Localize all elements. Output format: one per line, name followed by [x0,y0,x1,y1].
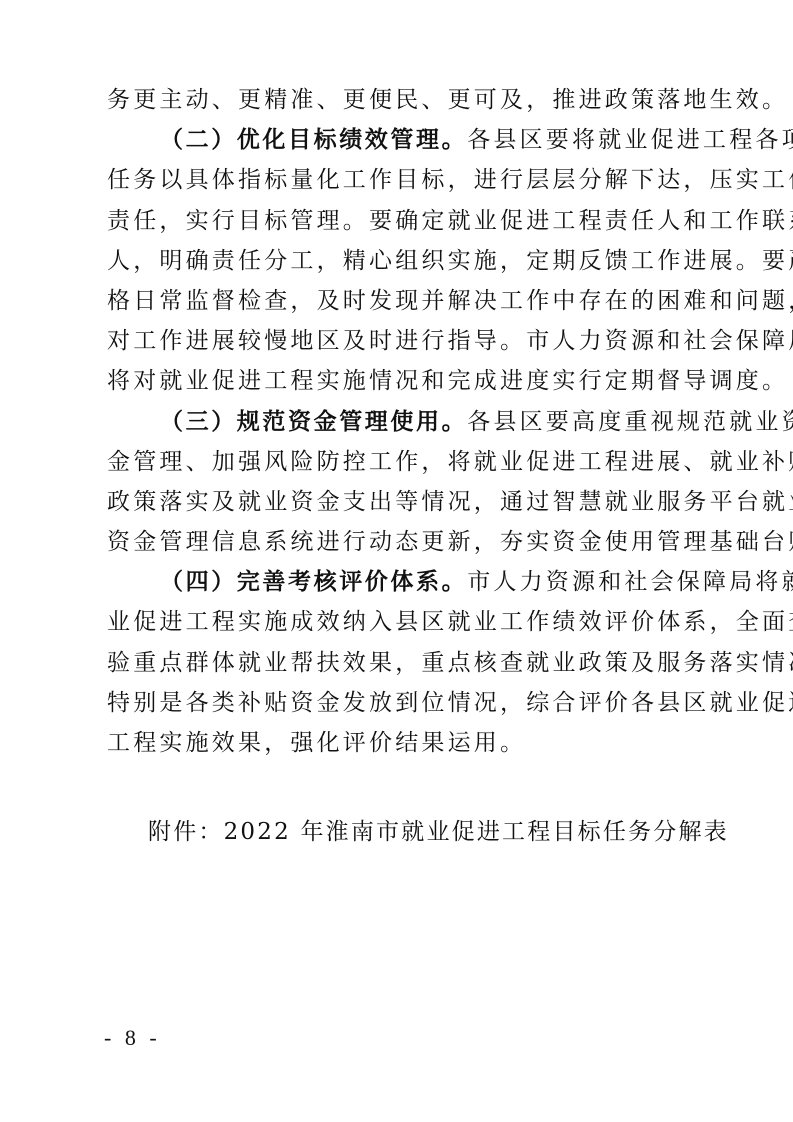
document-page: 务更主动、更精准、更便民、更可及，推进政策落地生效。 （二）优化目标绩效管理。各… [0,0,793,1122]
paragraph-line: 特别是各类补贴资金发放到位情况，综合评价各县区就业促进 [107,683,687,723]
paragraph-line: 责任，实行目标管理。要确定就业促进工程责任人和工作联系 [107,201,687,241]
paragraph-line: 对工作进展较慢地区及时进行指导。市人力资源和社会保障局 [107,321,687,361]
paragraph-line: 工程实施效果，强化评价结果运用。 [107,723,687,763]
paragraph-line: 任务以具体指标量化工作目标，进行层层分解下达，压实工作 [107,160,687,200]
section-heading-optimize-performance: （二）优化目标绩效管理。 [160,127,467,153]
body-text: 务更主动、更精准、更便民、更可及，推进政策落地生效。 （二）优化目标绩效管理。各… [107,80,687,763]
attachment-note: 附件：2022 年淮南市就业促进工程目标任务分解表 [148,812,729,852]
paragraph-text: 各县区要将就业促进工程各项 [467,127,793,153]
section-heading-fund-management: （三）规范资金管理使用。 [160,409,467,435]
paragraph-line: 务更主动、更精准、更便民、更可及，推进政策落地生效。 [107,80,687,120]
paragraph-line: 验重点群体就业帮扶效果，重点核查就业政策及服务落实情况， [107,643,687,683]
paragraph-line: 资金管理信息系统进行动态更新，夯实资金使用管理基础台账。 [107,522,687,562]
section-heading-line: （四）完善考核评价体系。市人力资源和社会保障局将就 [107,562,687,602]
paragraph-text: 各县区要高度重视规范就业资 [467,409,793,435]
section-heading-line: （三）规范资金管理使用。各县区要高度重视规范就业资 [107,402,687,442]
paragraph-line: 将对就业促进工程实施情况和完成进度实行定期督导调度。 [107,361,687,401]
section-heading-line: （二）优化目标绩效管理。各县区要将就业促进工程各项 [107,120,687,160]
paragraph-line: 政策落实及就业资金支出等情况，通过智慧就业服务平台就业 [107,482,687,522]
paragraph-line: 人，明确责任分工，精心组织实施，定期反馈工作进展。要严 [107,241,687,281]
paragraph-line: 金管理、加强风险防控工作，将就业促进工程进展、就业补贴 [107,442,687,482]
paragraph-line: 业促进工程实施成效纳入县区就业工作绩效评价体系，全面查 [107,602,687,642]
page-number: - 8 - [104,1024,161,1052]
paragraph-text: 市人力资源和社会保障局将就 [467,569,793,595]
paragraph-line: 格日常监督检查，及时发现并解决工作中存在的困难和问题， [107,281,687,321]
section-heading-evaluation-system: （四）完善考核评价体系。 [160,569,467,595]
